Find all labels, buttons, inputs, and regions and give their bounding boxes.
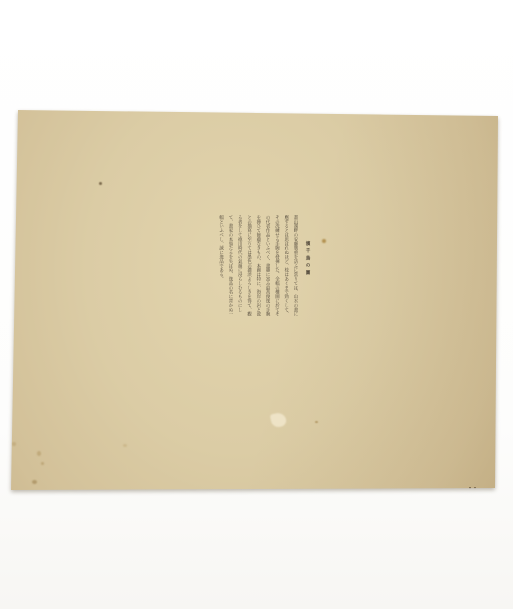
pale-paper-flaw	[270, 412, 288, 429]
paper-shadow: 濱千鳥の圖 畫山湖畔の安藤廣重を訪ふに當りては、山水の畫に應ずるとは思はれぬほど…	[0, 0, 513, 609]
foxing-spot	[37, 451, 41, 456]
page-title: 濱千鳥の圖	[302, 215, 312, 318]
dark-dot-bottom-edge	[474, 487, 476, 489]
dark-dot-bottom-edge	[469, 487, 471, 489]
foxing-spot	[32, 480, 37, 484]
foxing-spot	[123, 444, 127, 447]
body-text: 畫山湖畔の安藤廣重を訪ふに當りては、山水の畫に應ずるとは思はれぬほど、枝はあくま…	[216, 215, 300, 318]
brown-stain-right-of-title	[322, 239, 326, 243]
paper-sheet: 濱千鳥の圖 畫山湖畔の安藤廣重を訪ふに當りては、山水の畫に應ずるとは思はれぬほど…	[0, 0, 513, 609]
ink-speck-upper-left	[99, 182, 102, 185]
foxing-spot	[41, 462, 44, 465]
vertical-text-block: 濱千鳥の圖 畫山湖畔の安藤廣重を訪ふに當りては、山水の畫に應ずるとは思はれぬほど…	[216, 215, 312, 318]
faint-speck-below-text	[315, 421, 318, 423]
photo-background: 濱千鳥の圖 畫山湖畔の安藤廣重を訪ふに當りては、山水の畫に應ずるとは思はれぬほど…	[0, 0, 513, 609]
foxing-spot	[12, 442, 16, 446]
